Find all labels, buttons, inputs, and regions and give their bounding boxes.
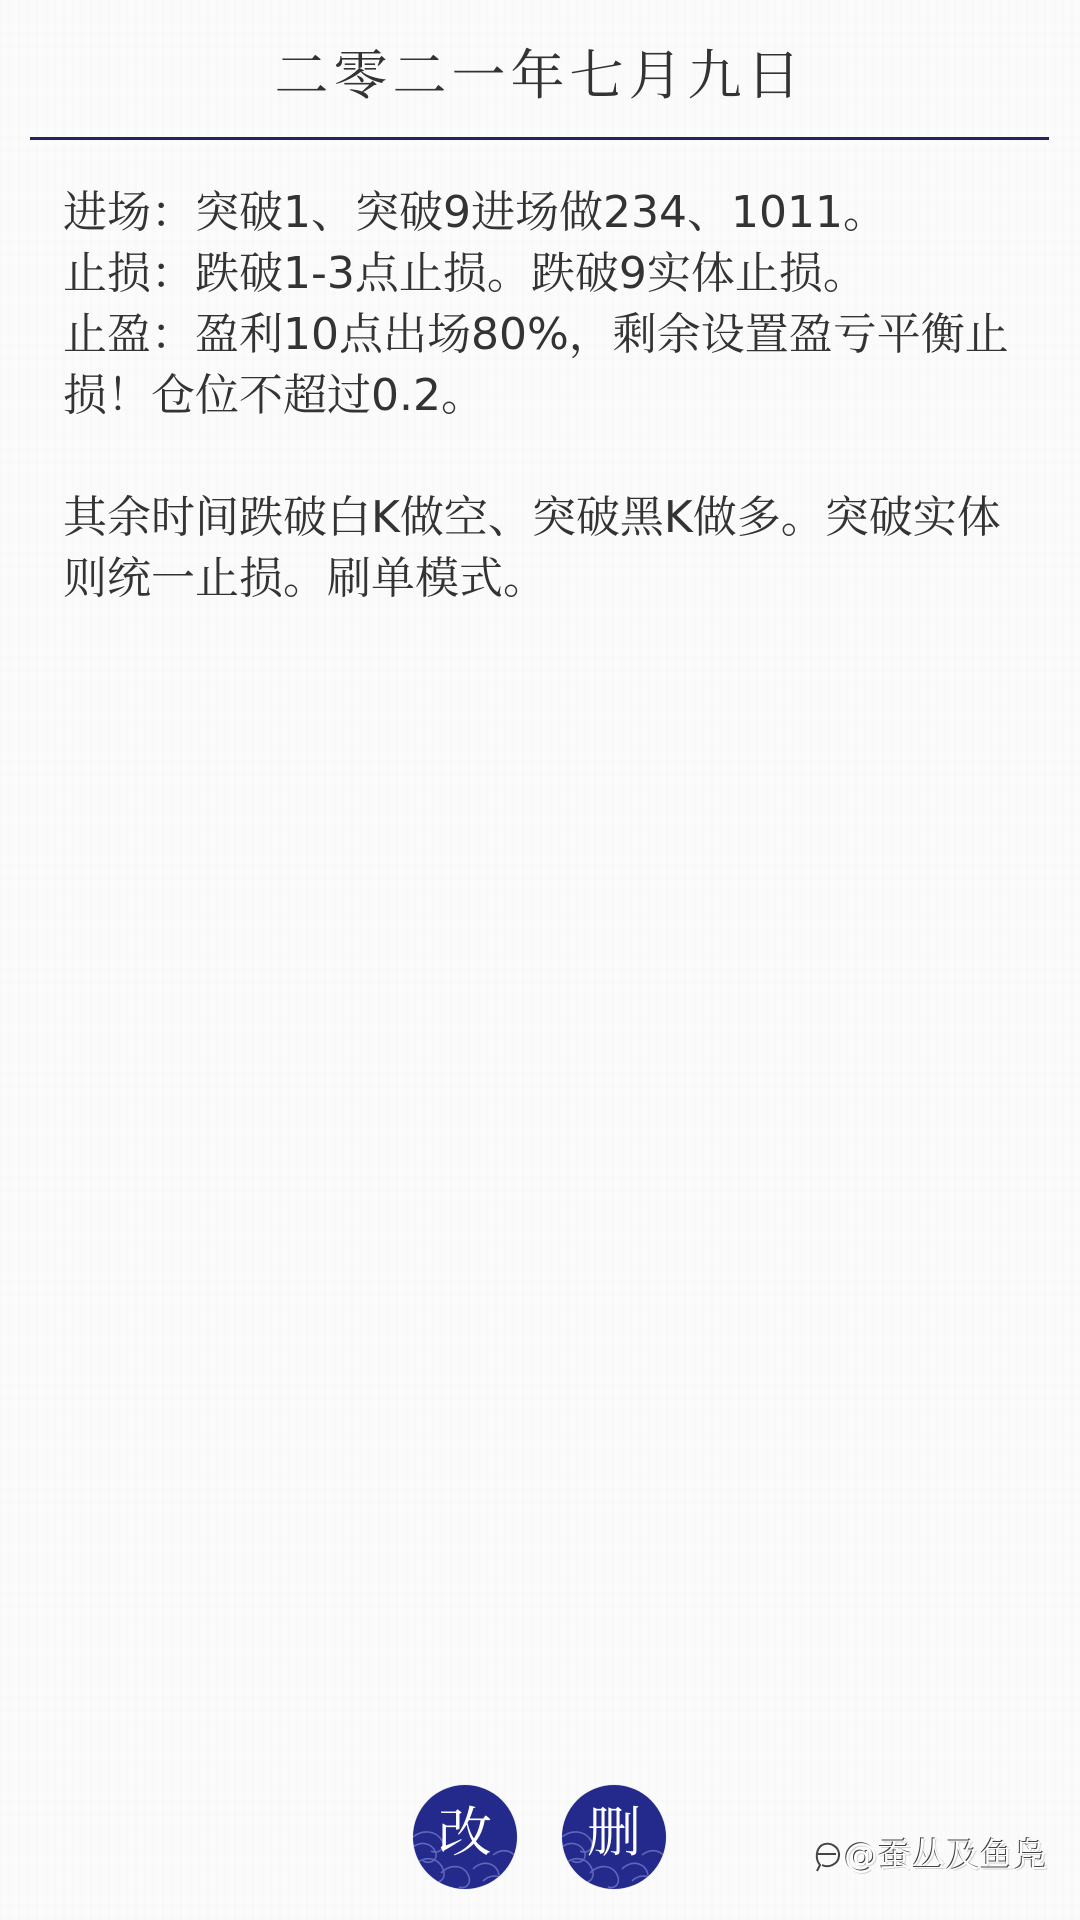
note-line-take-profit: 止盈：盈利10点出场80%，剩余设置盈亏平衡止损！仓位不超过0.2。 [63,304,1023,426]
note-line-entry: 进场：突破1、突破9进场做234、1011。 [63,182,1023,243]
title-divider [30,137,1049,140]
note-line-stop-loss: 止损：跌破1-3点止损。跌破9实体止损。 [63,243,1023,304]
paragraph-gap [63,426,1023,487]
edit-button-label: 改 [438,1806,492,1860]
delete-button[interactable]: 删 [562,1785,666,1889]
note-line-other: 其余时间跌破白K做空、突破黑K做多。突破实体则统一止损。刷单模式。 [63,487,1023,609]
watermark: @蚕丛及鱼凫 [812,1836,1048,1876]
watermark-text: @蚕丛及鱼凫 [844,1836,1048,1876]
note-content: 进场：突破1、突破9进场做234、1011。 止损：跌破1-3点止损。跌破9实体… [63,182,1023,609]
xueqiu-logo-icon [812,1839,842,1873]
page-title: 二零二一年七月九日 [0,44,1080,108]
delete-button-label: 删 [587,1806,641,1860]
edit-button[interactable]: 改 [413,1785,517,1889]
